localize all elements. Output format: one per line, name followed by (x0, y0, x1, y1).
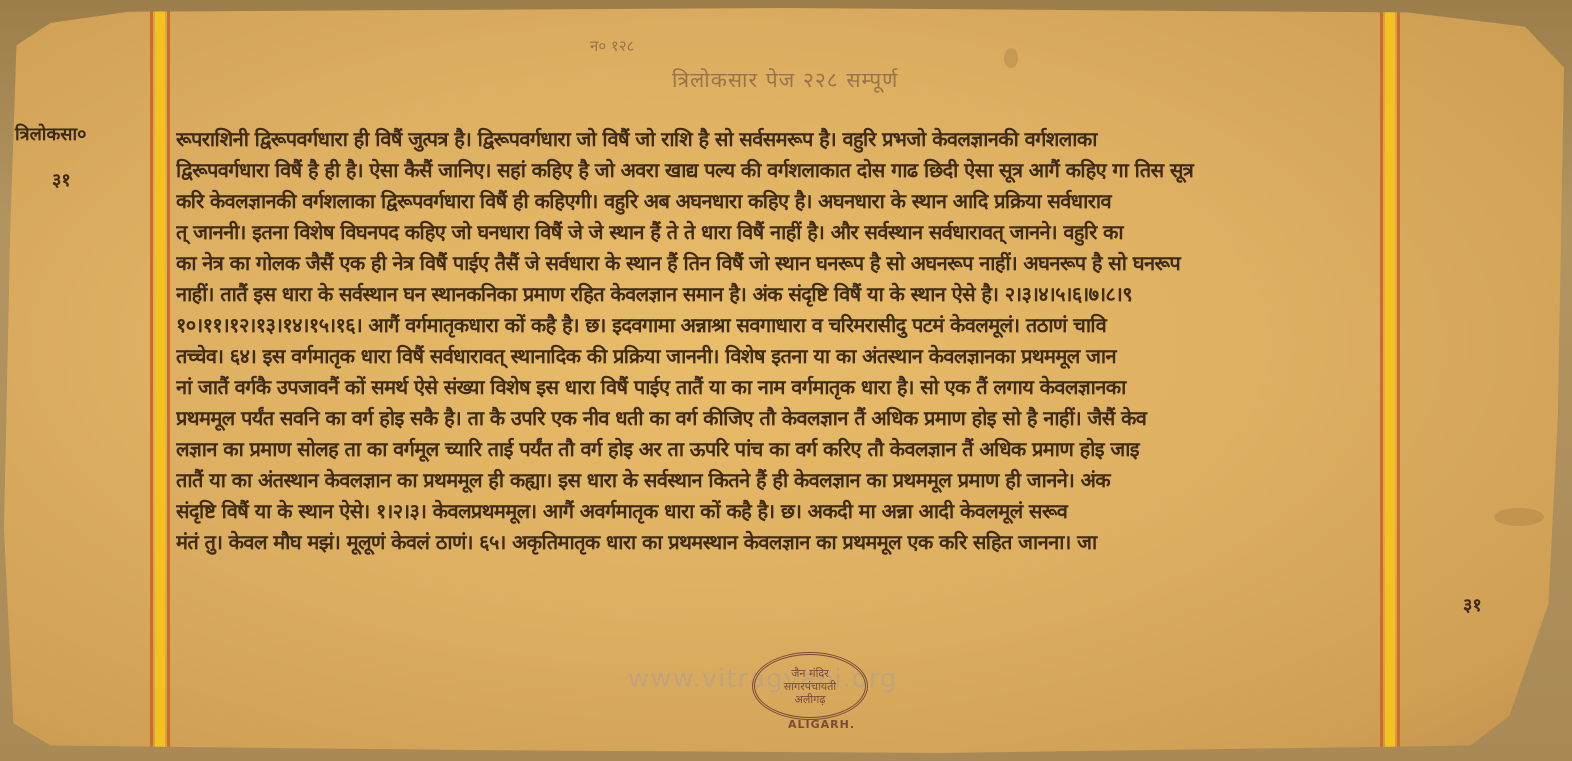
text-line: मंतं तु। केवल मौघ मझं। मूलूणं केवलं ठाणं… (176, 527, 1380, 558)
text-line: संदृष्टि विषैं या के स्थान ऐसे। १।२।३। क… (176, 496, 1380, 527)
text-line: लज्ञान का प्रमाण सोलह ता का वर्गमूल च्या… (176, 434, 1380, 465)
left-border-yellow-band (155, 8, 165, 753)
manuscript-text-block: रूपराशिनी द्विरूपवर्गधारा ही विषैं जुत्प… (176, 124, 1380, 558)
right-border-red-inner (1380, 8, 1383, 753)
right-border-yellow-band (1385, 8, 1395, 753)
text-line: प्रथममूल पर्यंत सवनि का वर्ग होइ सकै है।… (176, 403, 1380, 434)
left-margin-folio-number: ३१ (52, 168, 71, 192)
left-border-red-inner (167, 8, 170, 753)
left-margin-title: त्रिलोकसा० (15, 122, 86, 146)
right-margin-folio-number: ३१ (1463, 593, 1482, 617)
text-line: तच्चेव। ६४। इस वर्गमातृक धारा विषैं सर्व… (176, 341, 1380, 372)
stamp-line-3: अलीगढ़ (794, 693, 825, 706)
text-line: नां जातैं वर्गकै उपजावनैं कों समर्थ ऐसे … (176, 372, 1380, 403)
text-line: का नेत्र का गोलक जैसैं एक ही नेत्र विषैं… (176, 248, 1380, 279)
stamp-line-2: सागरपंचायती (784, 680, 837, 693)
paper-stain (1004, 48, 1018, 68)
right-border-red-outer (1397, 8, 1400, 753)
stamp-line-1: जैन मंदिर (791, 667, 829, 680)
paper-stain (1494, 508, 1544, 526)
library-stamp: जैन मंदिर सागरपंचायती अलीगढ़ (752, 652, 868, 720)
left-border-red-outer (150, 8, 153, 753)
text-line: रूपराशिनी द्विरूपवर्गधारा ही विषैं जुत्प… (176, 124, 1380, 155)
text-line: त् जाननी। इतना विशेष विघनपद कहिए जो घनधा… (176, 217, 1380, 248)
text-line: १०।११।१२।१३।१४।१५।१६। आगैं वर्गमातृकधारा… (176, 310, 1380, 341)
stamp-caption: ALIGARH. (788, 718, 855, 731)
text-line: तातैं या का अंतस्थान केवलज्ञान का प्रथमम… (176, 465, 1380, 496)
text-line: करि केवलज्ञानकी वर्गशलाका द्विरूपवर्गधार… (176, 186, 1380, 217)
text-line: नाहीं। तातैं इस धारा के सर्वस्थान घन स्थ… (176, 279, 1380, 310)
catalog-number-annotation: न० १२८ (590, 36, 634, 56)
text-line: द्विरूपवर्गधारा विषैं है ही है। ऐसा कैसै… (176, 155, 1380, 186)
catalog-title-annotation: त्रिलोकसार पेज २२८ सम्पूर्ण (672, 66, 898, 94)
